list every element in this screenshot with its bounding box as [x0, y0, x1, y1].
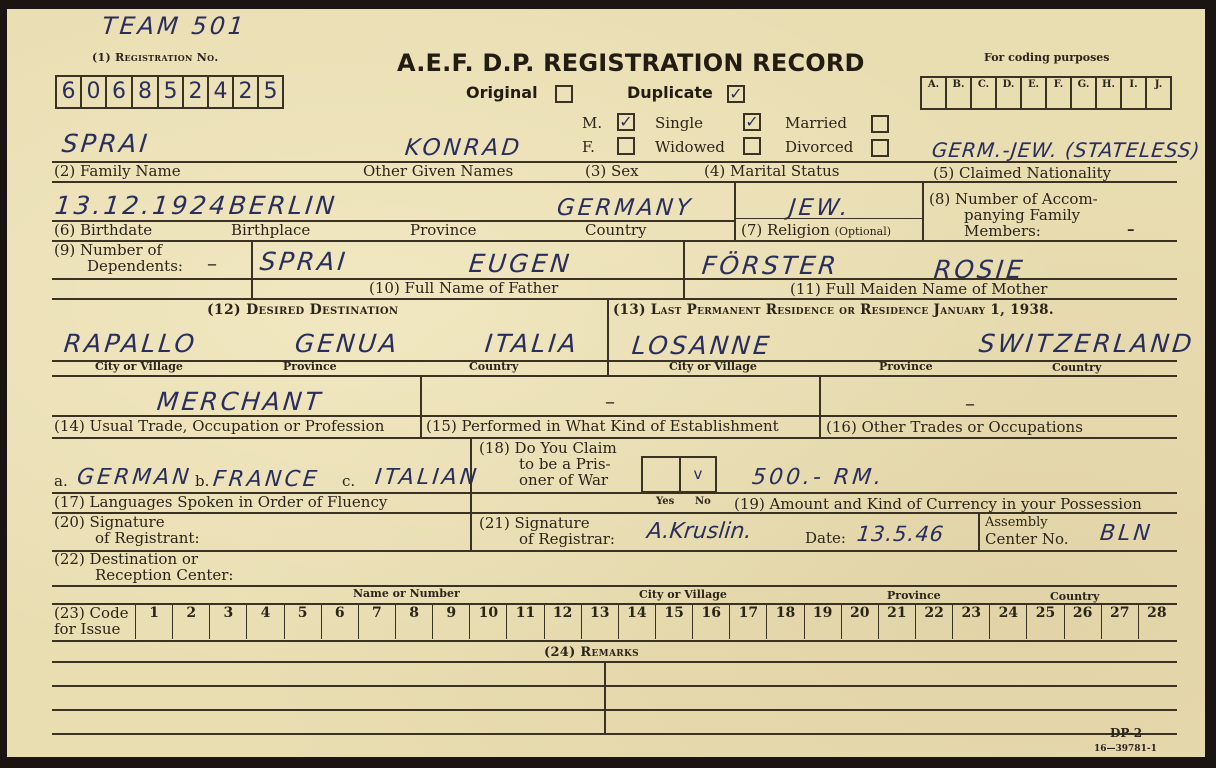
given-names-label: Other Given Names	[363, 163, 513, 179]
pow-label-1: (18) Do You Claim	[479, 440, 617, 456]
divider	[52, 360, 1177, 362]
coding-box[interactable]: J.	[1145, 76, 1172, 110]
accompanying-label-3: Members:	[964, 223, 1041, 239]
sex-f-checkbox[interactable]	[617, 137, 635, 155]
code-issue-cell[interactable]: 1	[135, 603, 172, 639]
code-issue-cell[interactable]: 16	[692, 603, 729, 639]
registrant-label-1: (20) Signature	[54, 514, 165, 530]
divider	[52, 181, 1177, 183]
code-issue-cell[interactable]: 2	[172, 603, 209, 639]
divider	[52, 278, 252, 280]
divider	[52, 298, 1177, 300]
code-issue-cell[interactable]: 13	[581, 603, 618, 639]
code-issue-label-1: (23) Code	[54, 605, 129, 621]
divider	[52, 640, 1177, 642]
residence-city-value[interactable]: LOSANNE	[631, 333, 774, 359]
residence-label: (13) Last Permanent Residence or Residen…	[613, 302, 1054, 318]
divorced-checkbox[interactable]	[871, 139, 889, 157]
destination-province-value[interactable]: GENUA	[294, 331, 401, 357]
trade-value[interactable]: MERCHANT	[156, 389, 325, 415]
registration-card: TEAM 501 (1) Registration No. 606852425 …	[7, 9, 1205, 757]
registrar-label-2: of Registrar:	[519, 531, 615, 547]
code-issue-cell[interactable]: 10	[469, 603, 506, 639]
pow-label-3: oner of War	[519, 472, 608, 488]
widowed-checkbox[interactable]	[743, 137, 761, 155]
code-issue-cell[interactable]: 24	[989, 603, 1026, 639]
sex-m-label: M.	[582, 115, 602, 131]
married-label: Married	[785, 115, 847, 131]
reception-label-2: Reception Center:	[95, 567, 233, 583]
dependents-value[interactable]: –	[207, 255, 217, 271]
widowed-label: Widowed	[655, 139, 725, 155]
single-label: Single	[655, 115, 703, 131]
divider	[52, 512, 1177, 514]
divider	[420, 375, 422, 437]
divider	[52, 550, 1177, 552]
other-trades-value[interactable]: –	[965, 395, 975, 411]
code-issue-cell[interactable]: 15	[655, 603, 692, 639]
registration-digit[interactable]: 5	[157, 75, 184, 109]
code-issue-cell[interactable]: 27	[1101, 603, 1138, 639]
code-issue-cell[interactable]: 22	[915, 603, 952, 639]
code-issue-cell[interactable]: 8	[395, 603, 432, 639]
form-number: DP-2	[1110, 725, 1142, 741]
code-group-country: Country	[1050, 591, 1099, 603]
single-checkbox[interactable]: ✓	[743, 113, 761, 131]
divider	[819, 375, 821, 437]
pow-yes-label: Yes	[656, 496, 674, 508]
accompanying-label-1: (8) Number of Accom-	[929, 191, 1098, 207]
code-issue-cell[interactable]: 12	[544, 603, 581, 639]
original-checkbox[interactable]	[555, 85, 573, 103]
duplicate-checkbox[interactable]: ✓	[727, 85, 745, 103]
trade-label: (14) Usual Trade, Occupation or Professi…	[54, 418, 384, 434]
dependents-label-1: (9) Number of	[54, 242, 162, 258]
currency-label: (19) Amount and Kind of Currency in your…	[734, 496, 1142, 512]
coding-label: For coding purposes	[984, 52, 1110, 64]
birthdate-value[interactable]: 13.12.1924	[54, 193, 230, 219]
residence-country-sublabel: Country	[1052, 362, 1101, 374]
registration-digit[interactable]: 2	[182, 75, 209, 109]
assembly-center-value[interactable]: BLN	[1099, 521, 1155, 547]
sex-m-checkbox[interactable]: ✓	[617, 113, 635, 131]
mother-label: (11) Full Maiden Name of Mother	[790, 281, 1047, 297]
sex-label: (3) Sex	[585, 163, 639, 179]
code-issue-cell[interactable]: 21	[878, 603, 915, 639]
coding-box[interactable]: C.	[970, 76, 997, 110]
code-issue-cell[interactable]: 20	[841, 603, 878, 639]
duplicate-label: Duplicate	[627, 83, 713, 102]
code-issue-cell[interactable]: 18	[766, 603, 803, 639]
code-issue-cell[interactable]: 6	[321, 603, 358, 639]
languages-label: (17) Languages Spoken in Order of Fluenc…	[54, 494, 387, 510]
coding-box[interactable]: B.	[945, 76, 972, 110]
coding-box[interactable]: H.	[1095, 76, 1122, 110]
accompanying-label-2: panying Family	[964, 207, 1080, 223]
coding-box[interactable]: I.	[1120, 76, 1147, 110]
divider	[52, 375, 1177, 377]
country-label: Country	[585, 222, 647, 238]
pow-label-2: to be a Pris-	[519, 456, 611, 472]
sex-f-label: F.	[582, 139, 595, 155]
nationality-label: (5) Claimed Nationality	[933, 165, 1111, 181]
registrar-signature-value[interactable]: A.Kruslin.	[646, 519, 753, 545]
assembly-label-2: Center No.	[985, 531, 1069, 547]
birthplace-label: Birthplace	[231, 222, 310, 238]
divider	[734, 218, 922, 219]
reception-label-1: (22) Destination or	[54, 551, 198, 567]
code-issue-cell[interactable]: 7	[358, 603, 395, 639]
residence-province-sublabel: Province	[879, 361, 933, 373]
father-surname-value[interactable]: SPRAI	[259, 249, 350, 275]
residence-country-value[interactable]: SWITZERLAND	[978, 331, 1196, 357]
remarks-field[interactable]	[54, 662, 1174, 732]
dependents-label-2: Dependents:	[87, 258, 183, 274]
lang-b-value[interactable]: FRANCE	[212, 467, 321, 493]
code-issue-cell[interactable]: 28	[1138, 603, 1175, 639]
father-label: (10) Full Name of Father	[369, 280, 558, 296]
code-group-province: Province	[887, 590, 941, 602]
registration-digit[interactable]: 0	[80, 75, 107, 109]
code-issue-cell[interactable]: 3	[209, 603, 246, 639]
accompanying-value[interactable]: –	[1127, 221, 1135, 237]
code-issue-cell[interactable]: 4	[246, 603, 283, 639]
divider	[978, 512, 980, 552]
birthdate-label: (6) Birthdate	[54, 222, 152, 238]
registration-digit[interactable]: 2	[232, 75, 259, 109]
destination-country-value[interactable]: ITALIA	[484, 331, 581, 357]
divider	[52, 585, 1177, 587]
divider	[922, 181, 924, 241]
destination-label: (12) Desired Destination	[207, 302, 398, 318]
divider	[52, 240, 1177, 242]
currency-value[interactable]: 500.- RM.	[751, 465, 886, 491]
assembly-label-1: Assembly	[985, 516, 1048, 530]
other-trades-label: (16) Other Trades or Occupations	[826, 419, 1083, 435]
code-issue-cell[interactable]: 9	[432, 603, 469, 639]
code-issue-cell[interactable]: 19	[804, 603, 841, 639]
code-issue-cell[interactable]: 17	[729, 603, 766, 639]
divorced-label: Divorced	[785, 139, 853, 155]
pow-yes-box[interactable]	[641, 456, 681, 493]
coding-box[interactable]: D.	[995, 76, 1022, 110]
registration-digit[interactable]: 6	[55, 75, 82, 109]
code-group-name: Name or Number	[353, 588, 460, 600]
father-given-value[interactable]: EUGEN	[468, 251, 574, 277]
registrant-label-2: of Registrant:	[95, 530, 200, 546]
given-names-value[interactable]: KONRAD	[404, 135, 524, 161]
coding-box[interactable]: G.	[1070, 76, 1097, 110]
lang-a-label: a.	[54, 473, 68, 489]
coding-box[interactable]: A.	[920, 76, 947, 110]
divider	[607, 298, 609, 376]
code-group-city: City or Village	[639, 589, 727, 601]
divider	[734, 181, 736, 241]
pow-no-label: No	[695, 496, 711, 508]
residence-city-sublabel: City or Village	[669, 361, 757, 373]
birthplace-value[interactable]: BERLIN	[228, 193, 339, 219]
mother-surname-value[interactable]: FÖRSTER	[701, 253, 840, 279]
pow-no-box[interactable]: v	[679, 456, 717, 493]
lang-a-value[interactable]: GERMAN	[76, 465, 193, 491]
province-label: Province	[410, 222, 477, 238]
marital-status-label: (4) Marital Status	[704, 163, 839, 179]
registration-label: (1) Registration No.	[92, 51, 219, 65]
registration-digit[interactable]: 6	[105, 75, 133, 109]
date-label: Date:	[805, 530, 846, 546]
code-issue-cell[interactable]: 5	[284, 603, 321, 639]
destination-city-value[interactable]: RAPALLO	[63, 331, 199, 357]
registrar-label-1: (21) Signature	[479, 515, 590, 531]
family-name-label: (2) Family Name	[54, 163, 181, 179]
print-code: 16—39781-1	[1094, 741, 1157, 757]
code-issue-cell[interactable]: 23	[952, 603, 989, 639]
destination-province-sublabel: Province	[283, 361, 337, 373]
divider	[251, 240, 253, 298]
reception-center-field[interactable]	[257, 553, 1167, 583]
birth-country-value[interactable]: GERMANY	[556, 195, 695, 221]
original-label: Original	[466, 83, 538, 102]
destination-city-sublabel: City or Village	[95, 361, 183, 373]
coding-box[interactable]: F.	[1045, 76, 1072, 110]
date-value[interactable]: 13.5.46	[856, 521, 946, 547]
team-note: TEAM 501	[101, 13, 248, 39]
registration-digit[interactable]: 5	[257, 75, 284, 109]
lang-b-label: b.	[195, 473, 209, 489]
remarks-label: (24) Remarks	[544, 645, 639, 661]
code-issue-label-2: for Issue	[54, 621, 120, 637]
family-name-value[interactable]: SPRAI	[61, 131, 152, 157]
establishment-value[interactable]: –	[605, 393, 615, 409]
code-issue-cell[interactable]: 14	[618, 603, 655, 639]
establishment-label: (15) Performed in What Kind of Establish…	[426, 418, 779, 434]
destination-country-sublabel: Country	[469, 361, 518, 373]
form-title: A.E.F. D.P. REGISTRATION RECORD	[397, 49, 865, 77]
code-issue-cell[interactable]: 26	[1064, 603, 1101, 639]
remarks-line	[52, 733, 1177, 735]
married-checkbox[interactable]	[871, 115, 889, 133]
divider	[683, 240, 685, 298]
code-issue-cell[interactable]: 25	[1026, 603, 1063, 639]
code-issue-cell[interactable]: 11	[506, 603, 543, 639]
coding-box[interactable]: E.	[1020, 76, 1047, 110]
divider	[470, 437, 472, 551]
registrant-signature-field[interactable]	[247, 515, 462, 547]
lang-c-value[interactable]: ITALIAN	[374, 465, 481, 491]
registration-digit[interactable]: 4	[207, 75, 234, 109]
registration-digit[interactable]: 8	[131, 75, 159, 109]
nationality-value[interactable]: GERM.-JEW. (STATELESS)	[931, 137, 1202, 163]
religion-label: (7) Religion (Optional)	[741, 222, 891, 240]
lang-c-label: c.	[342, 473, 355, 489]
